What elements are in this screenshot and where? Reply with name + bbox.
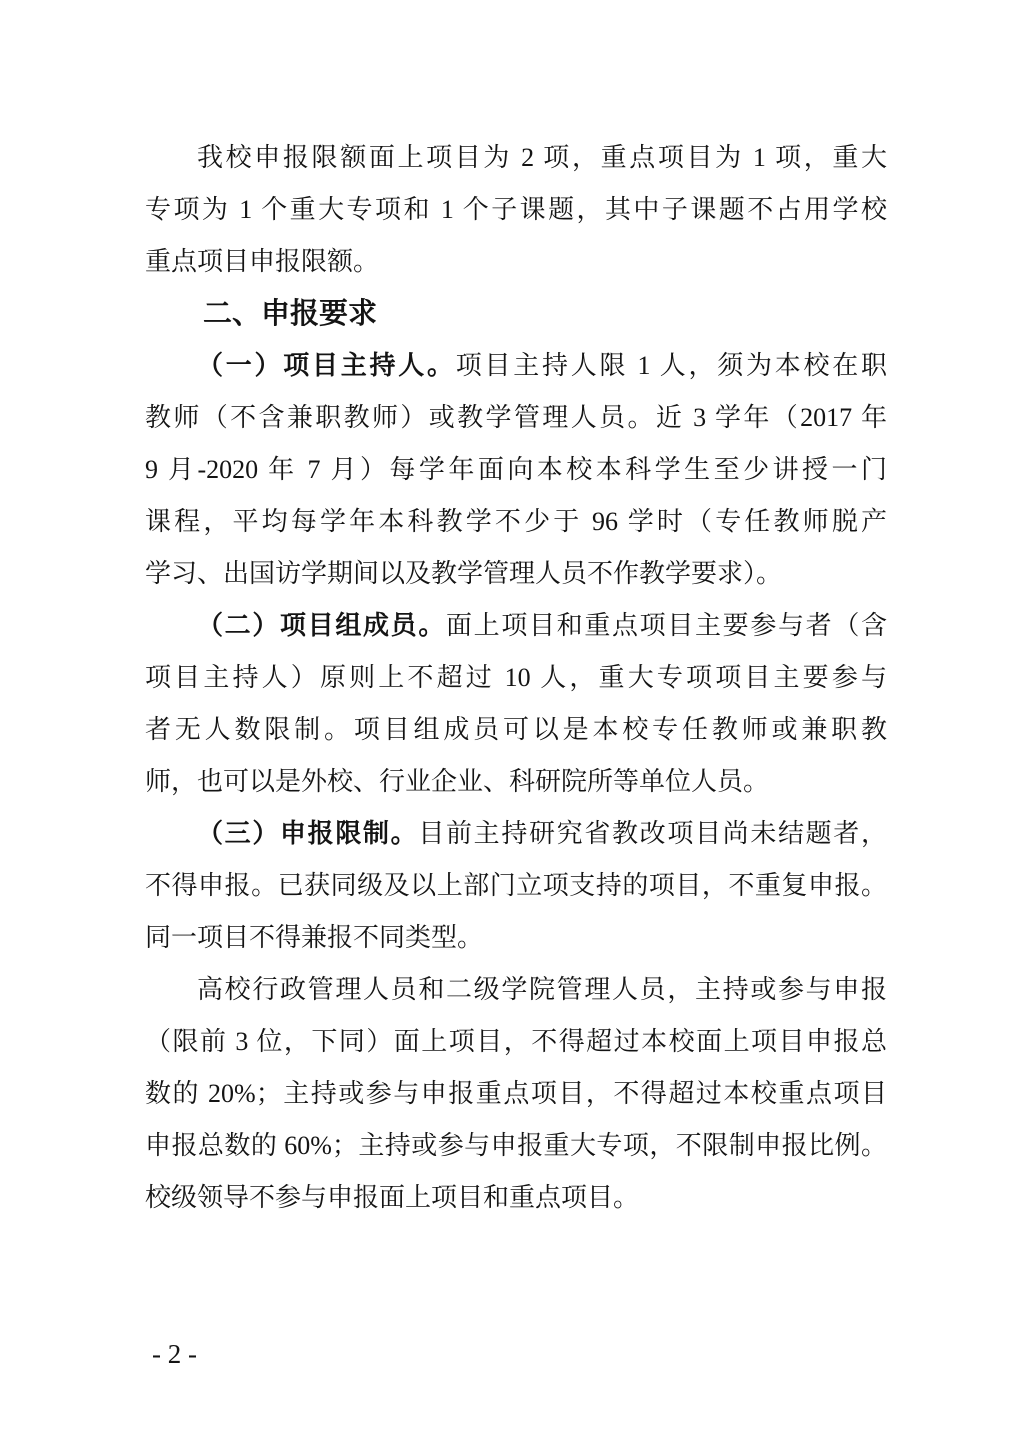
text-line: 者无人数限制。项目组成员可以是本校专任教师或兼职教 (145, 704, 887, 756)
text-line: 重点项目申报限额。 (145, 236, 887, 288)
bold-lead-text: （二）项目组成员。 (197, 611, 446, 640)
text-line: 9 月-2020 年 7 月）每学年面向本校本科学生至少讲授一门 (145, 444, 887, 496)
bold-lead-text: （一）项目主持人。 (197, 351, 456, 380)
text-line: 不得申报。已获同级及以上部门立项支持的项目，不重复申报。 (145, 860, 887, 912)
text-line: （三）申报限制。目前主持研究省教改项目尚未结题者， (145, 808, 887, 860)
section-heading: 二、申报要求 (145, 288, 887, 340)
document-page: 我校申报限额面上项目为 2 项，重点项目为 1 项，重大专项为 1 个重大专项和… (0, 0, 1024, 1449)
page-number: - 2 - (152, 1334, 197, 1374)
document-body: 我校申报限额面上项目为 2 项，重点项目为 1 项，重大专项为 1 个重大专项和… (145, 132, 887, 1224)
text-line: 校级领导不参与申报面上项目和重点项目。 (145, 1172, 887, 1224)
text-line: 我校申报限额面上项目为 2 项，重点项目为 1 项，重大 (145, 132, 887, 184)
text-line: 高校行政管理人员和二级学院管理人员，主持或参与申报 (145, 964, 887, 1016)
text-line: 同一项目不得兼报不同类型。 (145, 912, 887, 964)
text-line: （限前 3 位，下同）面上项目，不得超过本校面上项目申报总 (145, 1016, 887, 1068)
text-line: 专项为 1 个重大专项和 1 个子课题，其中子课题不占用学校 (145, 184, 887, 236)
text-line: 教师（不含兼职教师）或教学管理人员。近 3 学年（2017 年 (145, 392, 887, 444)
text-line: 课程，平均每学年本科教学不少于 96 学时（专任教师脱产 (145, 496, 887, 548)
text-line: （一）项目主持人。项目主持人限 1 人，须为本校在职 (145, 340, 887, 392)
text-line: 申报总数的 60%；主持或参与申报重大专项，不限制申报比例。 (145, 1120, 887, 1172)
text-line: 数的 20%；主持或参与申报重点项目，不得超过本校重点项目 (145, 1068, 887, 1120)
text-line: 项目主持人）原则上不超过 10 人，重大专项项目主要参与 (145, 652, 887, 704)
bold-lead-text: （三）申报限制。 (197, 819, 418, 848)
text-line: 学习、出国访学期间以及教学管理人员不作教学要求）。 (145, 548, 887, 600)
text-line: 师，也可以是外校、行业企业、科研院所等单位人员。 (145, 756, 887, 808)
text-line: （二）项目组成员。面上项目和重点项目主要参与者（含 (145, 600, 887, 652)
